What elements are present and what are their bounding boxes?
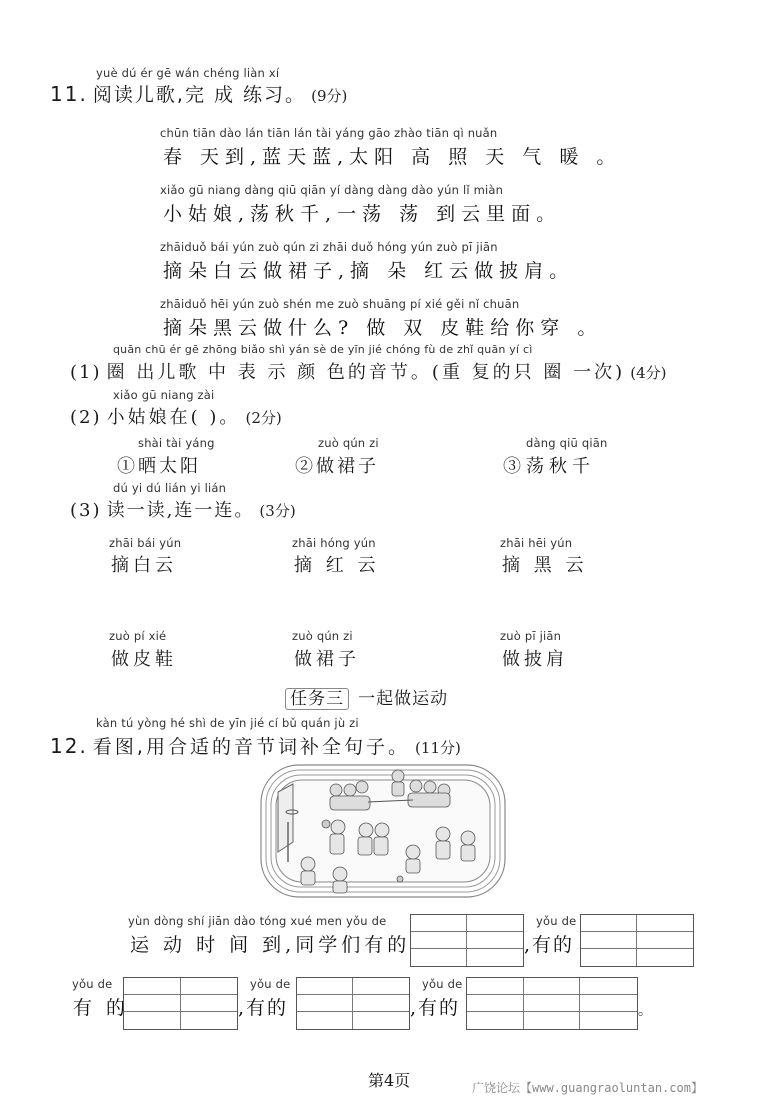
task3-badge: 任务三 bbox=[285, 688, 349, 710]
task3-title: 一起做运动 bbox=[358, 689, 448, 709]
option-2-pinyin: zuò qún zi bbox=[318, 436, 379, 450]
q11-score: (9分) bbox=[311, 87, 347, 105]
sub3-text: 读一读,连一连。 bbox=[107, 500, 255, 521]
match-bottom-2-pinyin: zuò qún zi bbox=[292, 629, 353, 643]
option-1-pinyin: shài tài yáng bbox=[138, 436, 215, 450]
q12-score: (11分) bbox=[415, 739, 461, 757]
q12-title: 看图,用合适的音节词补全句子。 bbox=[93, 736, 410, 758]
q12-number: 12. bbox=[50, 734, 88, 758]
q11-heading: 11. 阅读儿歌,完 成 练习。 (9分) bbox=[50, 80, 347, 107]
q12-line2b-pinyin: yǒu de bbox=[250, 977, 290, 991]
answer-grid-5[interactable] bbox=[466, 977, 638, 1030]
option-1[interactable]: ①晒太阳 bbox=[117, 452, 201, 478]
answer-grid-3[interactable] bbox=[123, 977, 238, 1030]
answer-grid-1[interactable] bbox=[410, 914, 524, 967]
sub2-label: (2) bbox=[70, 407, 102, 428]
sports-track-illustration bbox=[258, 762, 508, 900]
sub3-score: (3分) bbox=[259, 502, 295, 520]
sub3-line: (3) 读一读,连一连。 (3分) bbox=[70, 496, 296, 522]
match-top-1[interactable]: 摘白云 bbox=[111, 551, 177, 577]
sub3-pinyin: dú yi dú lián yi lián bbox=[113, 481, 226, 495]
poem-line-4-pinyin: zhāiduǒ hēi yún zuò shén me zuò shuāng p… bbox=[160, 297, 519, 311]
option-3[interactable]: ③荡秋千 bbox=[503, 452, 595, 478]
sub2-pinyin: xiǎo gū niang zài bbox=[113, 388, 214, 402]
sub2-line: (2) 小姑娘在( )。 (2分) bbox=[70, 403, 282, 429]
answer-grid-4[interactable] bbox=[296, 977, 410, 1030]
q11-title: 阅读儿歌,完 成 练习。 bbox=[93, 84, 306, 106]
q11-number: 11. bbox=[50, 82, 88, 106]
watermark: 广饶论坛【www.guangraoluntan.com】 bbox=[472, 1079, 703, 1096]
q12-line2c-text: ,有的 bbox=[410, 993, 460, 1020]
sub2-score: (2分) bbox=[245, 409, 281, 427]
match-top-2[interactable]: 摘 红 云 bbox=[294, 551, 379, 577]
q11-pinyin: yuè dú ér gē wán chéng liàn xí bbox=[96, 66, 279, 80]
sub1-text: 圈 出儿歌 中 表 示 颜 色的音节。(重 复的只 圈 一次) bbox=[107, 362, 626, 383]
q12-heading: 12. 看图,用合适的音节词补全句子。 (11分) bbox=[50, 732, 461, 759]
match-top-2-pinyin: zhāi hóng yún bbox=[292, 536, 376, 550]
sub1-line: (1) 圈 出儿歌 中 表 示 颜 色的音节。(重 复的只 圈 一次) (4分) bbox=[70, 358, 666, 384]
match-bottom-3-pinyin: zuò pī jiān bbox=[500, 629, 561, 643]
poem-line-2-pinyin: xiǎo gū niang dàng qiū qiān yí dàng dàng… bbox=[160, 183, 503, 197]
page-number: 第4页 bbox=[368, 1068, 410, 1091]
option-3-pinyin: dàng qiū qiān bbox=[526, 436, 607, 450]
q12-line2a-pinyin: yǒu de bbox=[72, 977, 112, 991]
match-bottom-1[interactable]: 做皮鞋 bbox=[111, 645, 177, 671]
poem-line-4: 摘朵黑云做什么? 做 双 皮鞋给你穿 。 bbox=[163, 313, 602, 340]
match-top-3[interactable]: 摘 黑 云 bbox=[502, 551, 587, 577]
poem-line-3-pinyin: zhāiduǒ bái yún zuò qún zi zhāi duǒ hóng… bbox=[160, 240, 498, 254]
poem-line-1: 春 天到,蓝天蓝,太阳 高 照 天 气 暖 。 bbox=[163, 142, 621, 169]
sub2-text: 小姑娘在( )。 bbox=[107, 407, 241, 428]
sub1-label: (1) bbox=[70, 362, 102, 383]
task3-header: 任务三 一起做运动 bbox=[285, 684, 448, 709]
sub1-score: (4分) bbox=[630, 364, 666, 382]
match-bottom-3[interactable]: 做披肩 bbox=[502, 645, 568, 671]
match-top-3-pinyin: zhāi hēi yún bbox=[500, 536, 572, 550]
sub3-label: (3) bbox=[70, 500, 102, 521]
q12-end-period: 。 bbox=[638, 1000, 658, 1020]
q12-line2c-pinyin: yǒu de bbox=[422, 977, 462, 991]
q12-line2b-text: ,有的 bbox=[238, 993, 288, 1020]
q12-line1-sep-pinyin: yǒu de bbox=[536, 914, 576, 928]
answer-grid-2[interactable] bbox=[580, 914, 694, 967]
poem-line-3: 摘朵白云做裙子,摘 朵 红云做披肩。 bbox=[163, 256, 574, 283]
option-2[interactable]: ②做裙子 bbox=[295, 452, 379, 478]
match-bottom-1-pinyin: zuò pí xié bbox=[109, 629, 166, 643]
match-top-1-pinyin: zhāi bái yún bbox=[109, 536, 181, 550]
q12-line2a-text: 有 的 bbox=[73, 993, 129, 1020]
q12-line1-sep-text: ,有的 bbox=[524, 930, 574, 957]
poem-line-1-pinyin: chūn tiān dào lán tiān lán tài yáng gāo … bbox=[160, 126, 497, 140]
sub1-pinyin: quān chū ér gē zhōng biǎo shì yán sè de … bbox=[113, 343, 532, 356]
q12-pinyin: kàn tú yòng hé shì de yīn jié cí bǔ quán… bbox=[96, 716, 359, 730]
q12-line1-text: 运 动 时 间 到,同学们有的 bbox=[130, 930, 410, 957]
q12-line1-pinyin: yùn dòng shí jiān dào tóng xué men yǒu d… bbox=[128, 914, 386, 928]
poem-line-2: 小姑娘,荡秋千,一荡 荡 到云里面。 bbox=[163, 199, 561, 226]
match-bottom-2[interactable]: 做裙子 bbox=[294, 645, 360, 671]
